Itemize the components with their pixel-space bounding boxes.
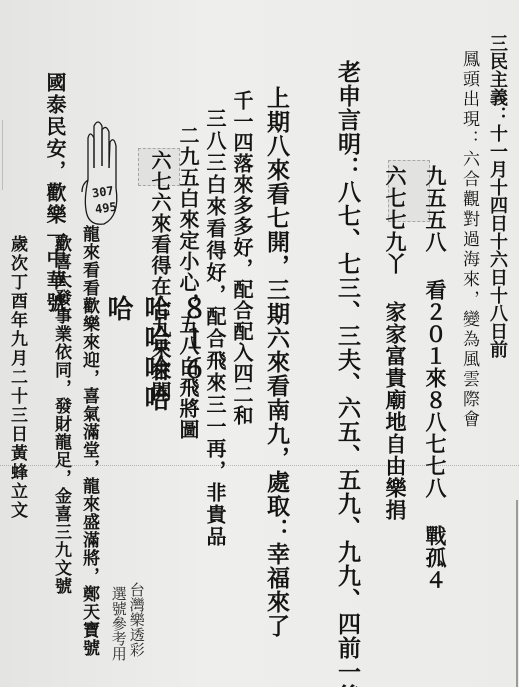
printed-label-line2: 選號參考用: [110, 586, 126, 661]
column-verse-7: 千一四落來多多好，配合配入四二和: [232, 90, 252, 470]
column-date-header: 三民主義：十一月十四日十六日十八日前: [488, 34, 506, 364]
column-numbers-b: 六七七九丫 家家富貴廟地自由樂捐: [385, 165, 406, 565]
page-edge-line-left: [2, 120, 3, 190]
column-statement: 老申言明：八七、七三、三夫、六五、五九、九九、四前一後兆二關: [336, 60, 359, 680]
column-verse-12: 龍來看看歡樂來迎，喜氣滿堂，龍來盛滿將，鄭天寶號: [80, 225, 97, 655]
column-number-816: ８１６ 哈哈哈哈哈: [100, 295, 211, 435]
column-period-verse: 上期八來看七開，三期六來看南九，處取：幸福來了: [265, 86, 288, 686]
document-page: 三民主義：十一月十四日十六日十八日前 鳳頭出現：六合觀對過海來，變為風雲際會 九…: [0, 0, 519, 687]
printed-label-line1: 台灣樂透彩: [128, 582, 144, 657]
page-edge-line: [516, 500, 518, 687]
column-numbers-a: 九五五八 看２０１來８八七七八 戰孤４: [425, 165, 446, 585]
column-signature-date: 歲次丁酉年九月二十三日黃蜂立文: [8, 235, 25, 635]
hand-number-top: 307: [91, 184, 114, 201]
hand-number-bottom: 495: [94, 200, 117, 217]
column-phoenix-verse: 鳳頭出現：六合觀對過海來，變為風雲際會: [460, 50, 477, 530]
column-national-peace: 國泰民安，歡樂一中華號: [45, 72, 65, 232]
